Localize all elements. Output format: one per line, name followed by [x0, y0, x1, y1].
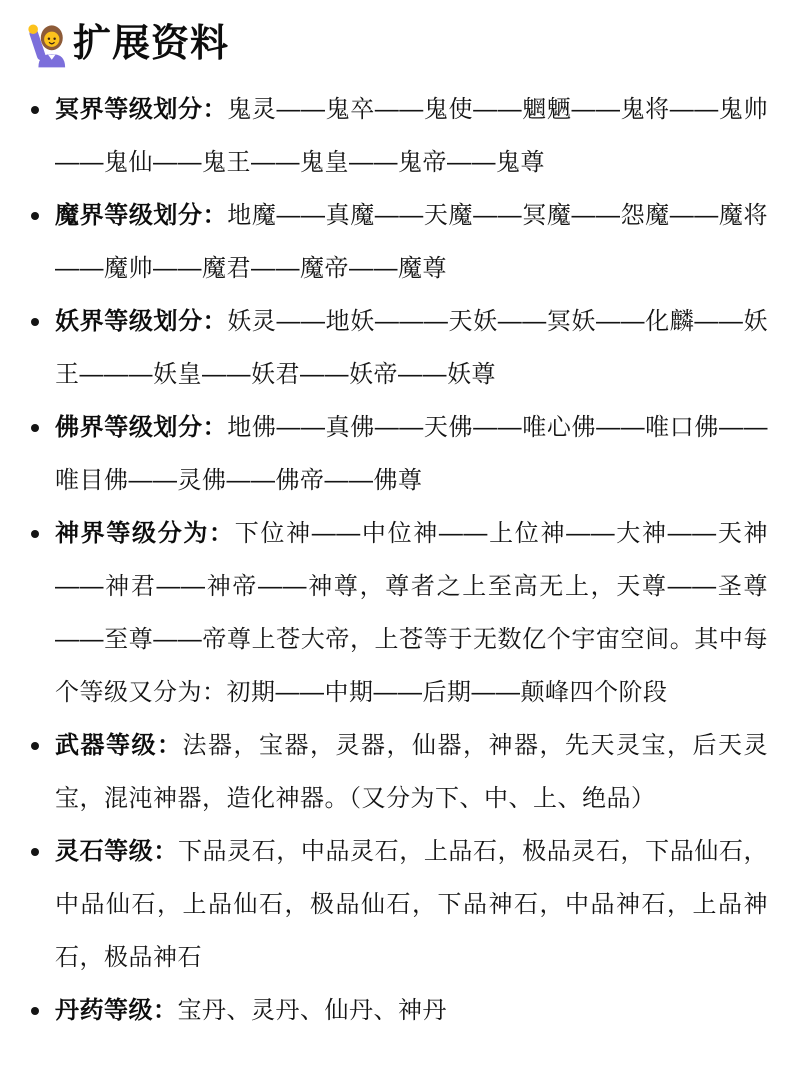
list-item-weapon-grades: 武器等级：法器，宝器，灵器，仙器，神器，先天灵宝，后天灵宝，混沌神器，造化神器。…	[0, 719, 800, 825]
item-label: 冥界等级划分：	[55, 96, 227, 123]
article-header: 扩展资料	[0, 0, 800, 70]
list-item-spirit-stone-grades: 灵石等级：下品灵石，中品灵石，上品石，极品灵石，下品仙石，中品仙石，上品仙石，极…	[0, 825, 800, 984]
item-label: 佛界等级划分：	[55, 414, 227, 441]
item-label: 武器等级：	[55, 732, 183, 759]
bullet-dot	[31, 212, 39, 220]
item-label: 妖界等级划分：	[55, 308, 227, 335]
bullet-dot	[31, 424, 39, 432]
bullet-dot	[31, 530, 39, 538]
item-text: 宝丹、灵丹、仙丹、神丹	[178, 997, 448, 1024]
list-item-demon-realm: 魔界等级划分：地魔——真魔——天魔——冥魔——怨魔——魔将——魔帅——魔君——魔…	[0, 189, 800, 295]
item-label: 神界等级分为：	[55, 520, 235, 547]
page-title: 扩展资料	[73, 25, 229, 63]
item-label: 灵石等级：	[55, 838, 178, 865]
list-item-ghost-realm: 冥界等级划分：鬼灵——鬼卒——鬼使——魍魉——鬼将——鬼帅——鬼仙——鬼王——鬼…	[0, 83, 800, 189]
bullet-dot	[31, 848, 39, 856]
item-text: 下位神——中位神——上位神——大神——天神——神君——神帝——神尊，尊者之上至高…	[55, 520, 768, 706]
list-item-god-realm: 神界等级分为：下位神——中位神——上位神——大神——天神——神君——神帝——神尊…	[0, 507, 800, 719]
bullet-dot	[31, 1007, 39, 1015]
list-item-pill-grades: 丹药等级：宝丹、灵丹、仙丹、神丹	[0, 984, 800, 1037]
item-label: 丹药等级：	[55, 997, 178, 1024]
info-list: 冥界等级划分：鬼灵——鬼卒——鬼使——魍魉——鬼将——鬼帅——鬼仙——鬼王——鬼…	[0, 83, 800, 1037]
list-item-monster-realm: 妖界等级划分：妖灵——地妖———天妖——冥妖——化麟——妖王———妖皇——妖君—…	[0, 295, 800, 401]
bullet-dot	[31, 318, 39, 326]
item-label: 魔界等级划分：	[55, 202, 227, 229]
bullet-dot	[31, 742, 39, 750]
bullet-dot	[31, 106, 39, 114]
list-item-buddha-realm: 佛界等级划分：地佛——真佛——天佛——唯心佛——唯口佛——唯目佛——灵佛——佛帝…	[0, 401, 800, 507]
woman-raising-hand-emoji	[26, 21, 68, 68]
article-page: 扩展资料 冥界等级划分：鬼灵——鬼卒——鬼使——魍魉——鬼将——鬼帅——鬼仙——…	[0, 0, 800, 1067]
